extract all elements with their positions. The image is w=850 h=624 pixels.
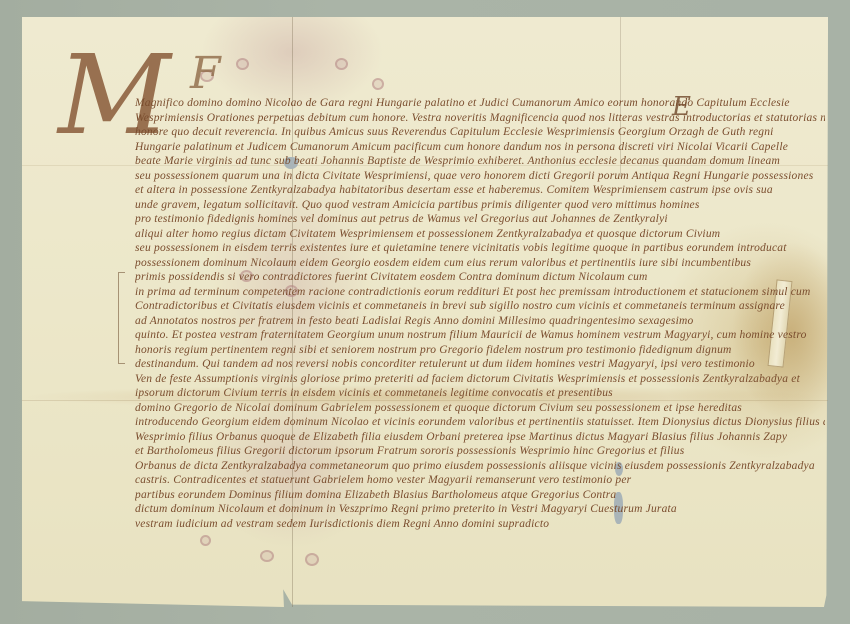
stain-spot: [305, 553, 319, 566]
text-line: castris. Contradicentes et statuerunt Ga…: [135, 473, 825, 488]
stain-spot: [200, 535, 211, 546]
text-line: possessionem dominum Nicolaum eidem Geor…: [135, 256, 825, 271]
text-line: ipsorum dictorum Civium terris in eisdem…: [135, 386, 825, 401]
stain-spot: [260, 550, 274, 562]
text-line: partibus eorundem Dominus filium domina …: [135, 488, 825, 503]
text-line: in prima ad terminum competentem racione…: [135, 285, 825, 300]
text-line: introducendo Georgium eidem dominum Nico…: [135, 415, 825, 430]
stain-spot: [335, 58, 348, 70]
heading-flourish-f: F: [190, 48, 221, 99]
text-line: domino Gregorio de Nicolai dominum Gabri…: [135, 401, 825, 416]
text-line: unde gravem, legatum sollicitavit. Quo q…: [135, 198, 825, 213]
text-line: ad Annotatos nostros per fratrem in fest…: [135, 314, 825, 329]
text-line: honoris regium pertinentem regni sibi et…: [135, 343, 825, 358]
text-line: Wesprimiensis Orationes perpetuas debitu…: [135, 111, 825, 126]
text-line: dictum dominum Nicolaum et dominum in Ve…: [135, 502, 825, 517]
text-line: Wesprimio filius Orbanus quoque de Eliza…: [135, 430, 825, 445]
text-line: Magnifico domino domino Nicolao de Gara …: [135, 96, 825, 111]
text-line: Contradictoribus et Civitatis eiusdem vi…: [135, 299, 825, 314]
text-line: seu possessionem in eisdem terris existe…: [135, 241, 825, 256]
text-line: honore quo decuit reverencia. In quibus …: [135, 125, 825, 140]
text-line: aliqui alter homo regius dictam Civitate…: [135, 227, 825, 242]
text-line: Orbanus de dicta Zentkyralzabadya commet…: [135, 459, 825, 474]
text-line: et Bartholomeus filius Gregorii dictorum…: [135, 444, 825, 459]
text-line: Hungarie palatinum et Judicem Cumanorum …: [135, 140, 825, 155]
text-line: beate Marie virginis ad tunc sub beati J…: [135, 154, 825, 169]
text-line: seu possessionem quarum una in dicta Civ…: [135, 169, 825, 184]
text-line: quinto. Et postea vestram fraternitatem …: [135, 328, 825, 343]
text-line: primis possidendis si vero contradictore…: [135, 270, 825, 285]
manuscript-text: Magnifico domino domino Nicolao de Gara …: [135, 96, 825, 531]
text-line: et altera in possessione Zentkyralzabady…: [135, 183, 825, 198]
text-line: pro testimonio fidedignis homines vel do…: [135, 212, 825, 227]
text-line: destinandum. Qui tandem ad nos reversi n…: [135, 357, 825, 372]
text-line: Ven de feste Assumptionis virginis glori…: [135, 372, 825, 387]
stain-spot: [372, 78, 384, 90]
text-line: vestram iudicium ad vestram sedem Iurisd…: [135, 517, 615, 532]
margin-bracket: [118, 272, 125, 364]
stain-spot: [236, 58, 249, 70]
